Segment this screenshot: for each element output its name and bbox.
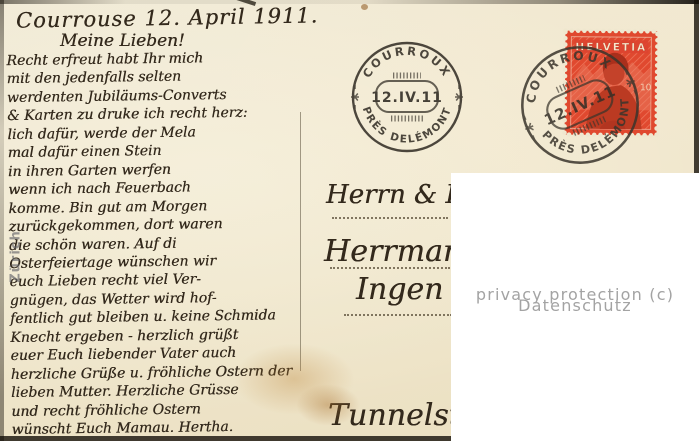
message-lines: Recht erfreut habt Ihr michmit den jeden…	[6, 48, 307, 440]
dateline: Courrouse 12. April 1911.	[16, 3, 319, 32]
postmark-date: 12.IV.11	[371, 90, 443, 106]
address-underline-3	[344, 314, 452, 316]
scan-edge-right	[694, 0, 699, 178]
scan-edge-top	[0, 0, 699, 4]
postmark-star-left	[351, 85, 359, 109]
message-line: wünscht Euch Mamau. Hertha.	[11, 417, 307, 440]
postmark-hatch-bottom	[574, 119, 605, 133]
privacy-overlay: privacy protection (c) Datenschutz	[451, 173, 699, 441]
address-underline-1	[332, 217, 448, 219]
paper-speck	[361, 4, 368, 10]
postmark-hatch-top	[557, 78, 584, 90]
postmark-star-right	[455, 85, 463, 109]
archive-watermark: Zürich	[9, 182, 24, 332]
address-underline-2	[330, 267, 450, 269]
address-line-3: Ingen	[356, 272, 443, 307]
postcard-scan: Courrouse 12. April 1911. Meine Lieben! …	[0, 0, 699, 441]
postmark-left: COURROUX PRÈS DELÉMONT 12.IV.11	[348, 38, 466, 156]
scan-edge-left	[0, 0, 4, 441]
salutation: Meine Lieben!	[60, 31, 185, 51]
address-line-1: Herrn & F	[326, 180, 463, 210]
